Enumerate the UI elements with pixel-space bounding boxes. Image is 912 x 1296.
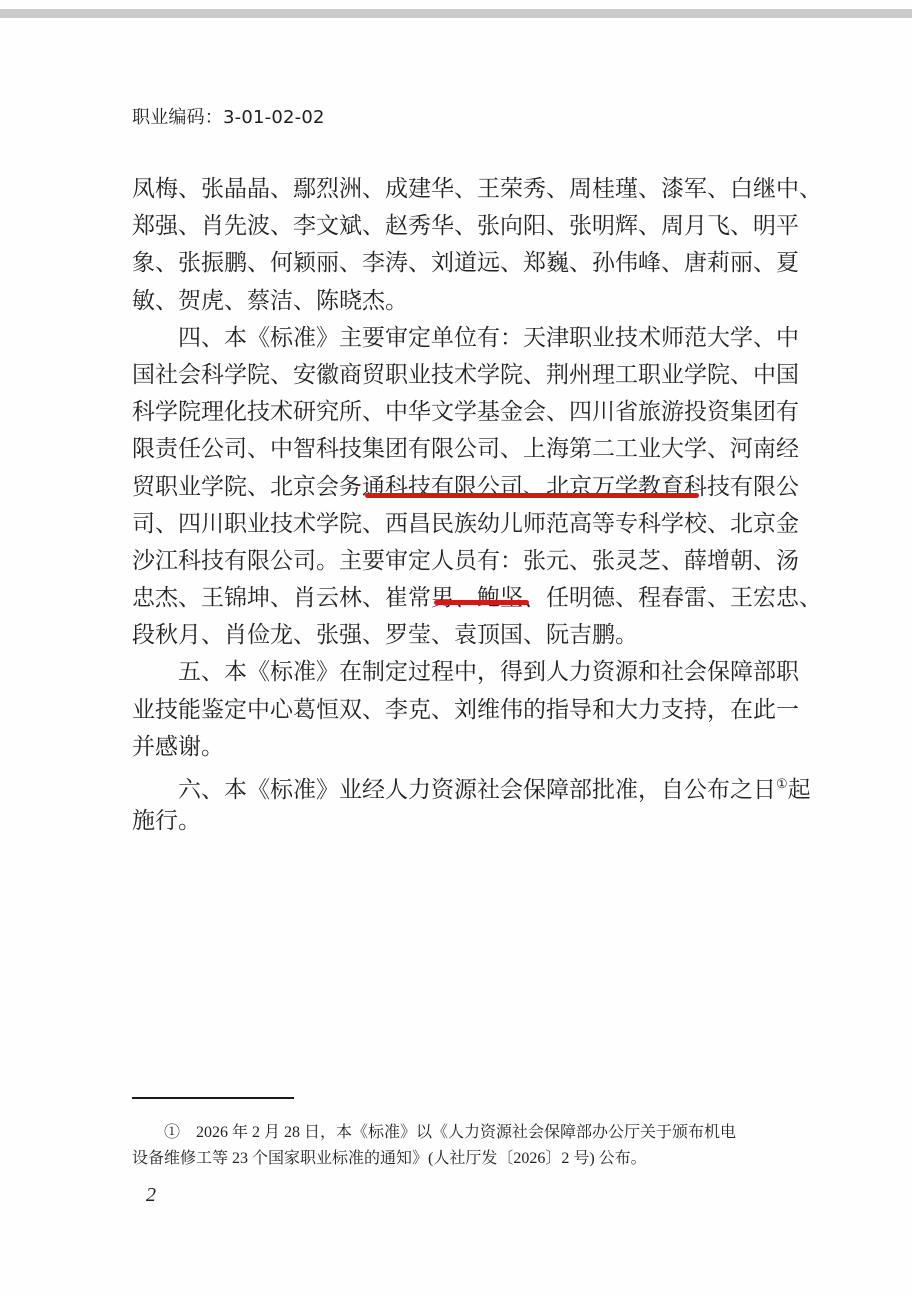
footnote: ① 2026 年 2 月 28 日，本《标准》以《人力资源社会保障部办公厅关于颁… <box>132 1120 772 1172</box>
red-underline-highlight-school <box>365 493 699 498</box>
body-line: 忠杰、王锦坤、肖云林、崔常男、鲍坚、任明德、程春雷、王宏忠、 <box>132 580 772 617</box>
footnote-separator <box>132 1097 294 1099</box>
body-line: 段秋月、肖俭龙、张强、罗莹、袁顶国、阮吉鹏。 <box>132 617 772 654</box>
body-line: 并感谢。 <box>132 729 772 766</box>
document-body: 凤梅、张晶晶、鄢烈洲、成建华、王荣秀、周桂瑾、漆军、白继中、 郑强、肖先波、李文… <box>132 171 772 840</box>
section-four-heading-line: 四、本《标准》主要审定单位有：天津职业技术师范大学、中 <box>132 320 772 357</box>
section-six-text: 六、本《标准》业经人力资源社会保障部批准，自公布之日 <box>178 777 776 803</box>
section-six-heading-line: 六、本《标准》业经人力资源社会保障部批准，自公布之日①起 <box>132 766 772 803</box>
top-scroll-bar <box>0 9 912 18</box>
body-line: 郑强、肖先波、李文斌、赵秀华、张向阳、张明辉、周月飞、明平 <box>132 208 772 245</box>
section-six-text-end: 起 <box>788 777 811 803</box>
red-underline-highlight-person <box>434 600 529 605</box>
body-line: 敏、贺虎、蔡洁、陈晓杰。 <box>132 283 772 320</box>
body-line: 限责任公司、中智科技集团有限公司、上海第二工业大学、河南经 <box>132 431 772 468</box>
footnote-line: 设备维修工等 23 个国家职业标准的通知》(人社厅发〔2026〕2 号) 公布。 <box>132 1146 772 1172</box>
body-line: 施行。 <box>132 803 772 840</box>
section-five-heading-line: 五、本《标准》在制定过程中，得到人力资源和社会保障部职 <box>132 654 772 691</box>
body-line: 业技能鉴定中心葛恒双、李克、刘维伟的指导和大力支持，在此一 <box>132 692 772 729</box>
body-line: 国社会科学院、安徽商贸职业技术学院、荆州理工职业学院、中国 <box>132 357 772 394</box>
body-line: 科学院理化技术研究所、中华文学基金会、四川省旅游投资集团有 <box>132 394 772 431</box>
body-line: 司、四川职业技术学院、西昌民族幼儿师范高等专科学校、北京金 <box>132 506 772 543</box>
occupation-code: 职业编码：3-01-02-02 <box>132 103 325 129</box>
page-number: 2 <box>146 1184 156 1207</box>
footnote-line: ① 2026 年 2 月 28 日，本《标准》以《人力资源社会保障部办公厅关于颁… <box>132 1120 772 1146</box>
body-line: 沙江科技有限公司。主要审定人员有：张元、张灵芝、薛增朝、汤 <box>132 543 772 580</box>
body-line: 凤梅、张晶晶、鄢烈洲、成建华、王荣秀、周桂瑾、漆军、白继中、 <box>132 171 772 208</box>
document-page: 职业编码：3-01-02-02 凤梅、张晶晶、鄢烈洲、成建华、王荣秀、周桂瑾、漆… <box>0 0 912 1296</box>
body-line: 象、张振鹏、何颖丽、李涛、刘道远、郑巍、孙伟峰、唐莉丽、夏 <box>132 245 772 282</box>
footnote-reference[interactable]: ① <box>776 777 788 792</box>
body-line: 贸职业学院、北京会务通科技有限公司、北京万学教育科技有限公 <box>132 469 772 506</box>
